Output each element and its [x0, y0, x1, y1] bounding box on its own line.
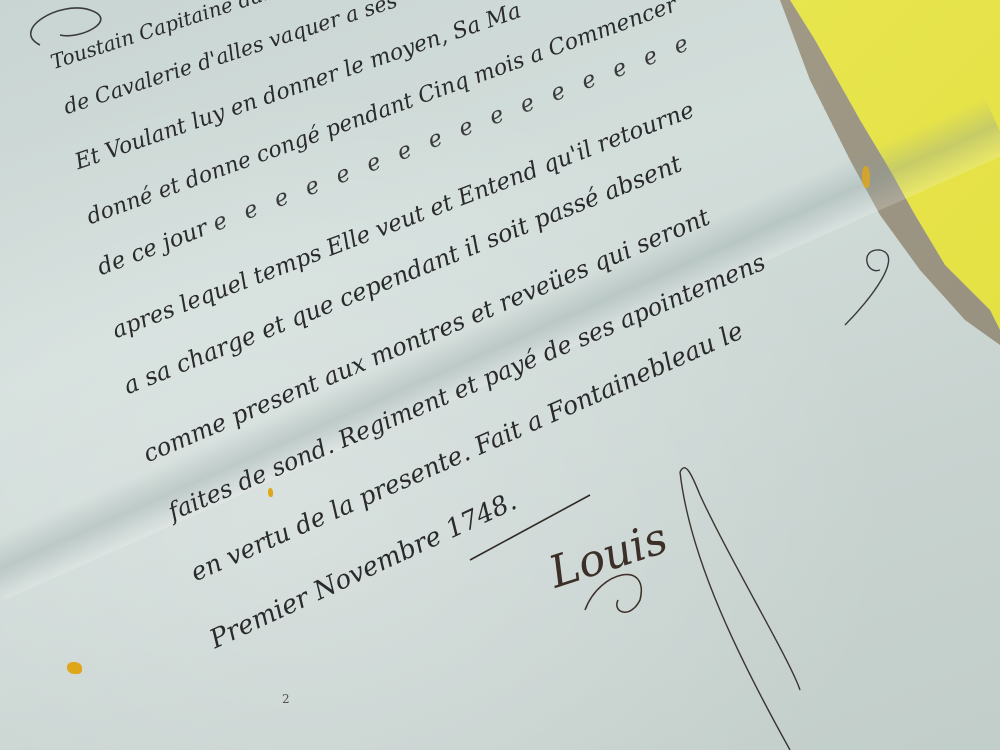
worm-hole — [67, 662, 82, 674]
worm-hole — [862, 166, 870, 188]
document-photo: Toustain Capitaine dans le de Cavalerie … — [0, 0, 1000, 750]
page-number: 2 — [282, 692, 290, 706]
worm-hole — [268, 488, 273, 497]
